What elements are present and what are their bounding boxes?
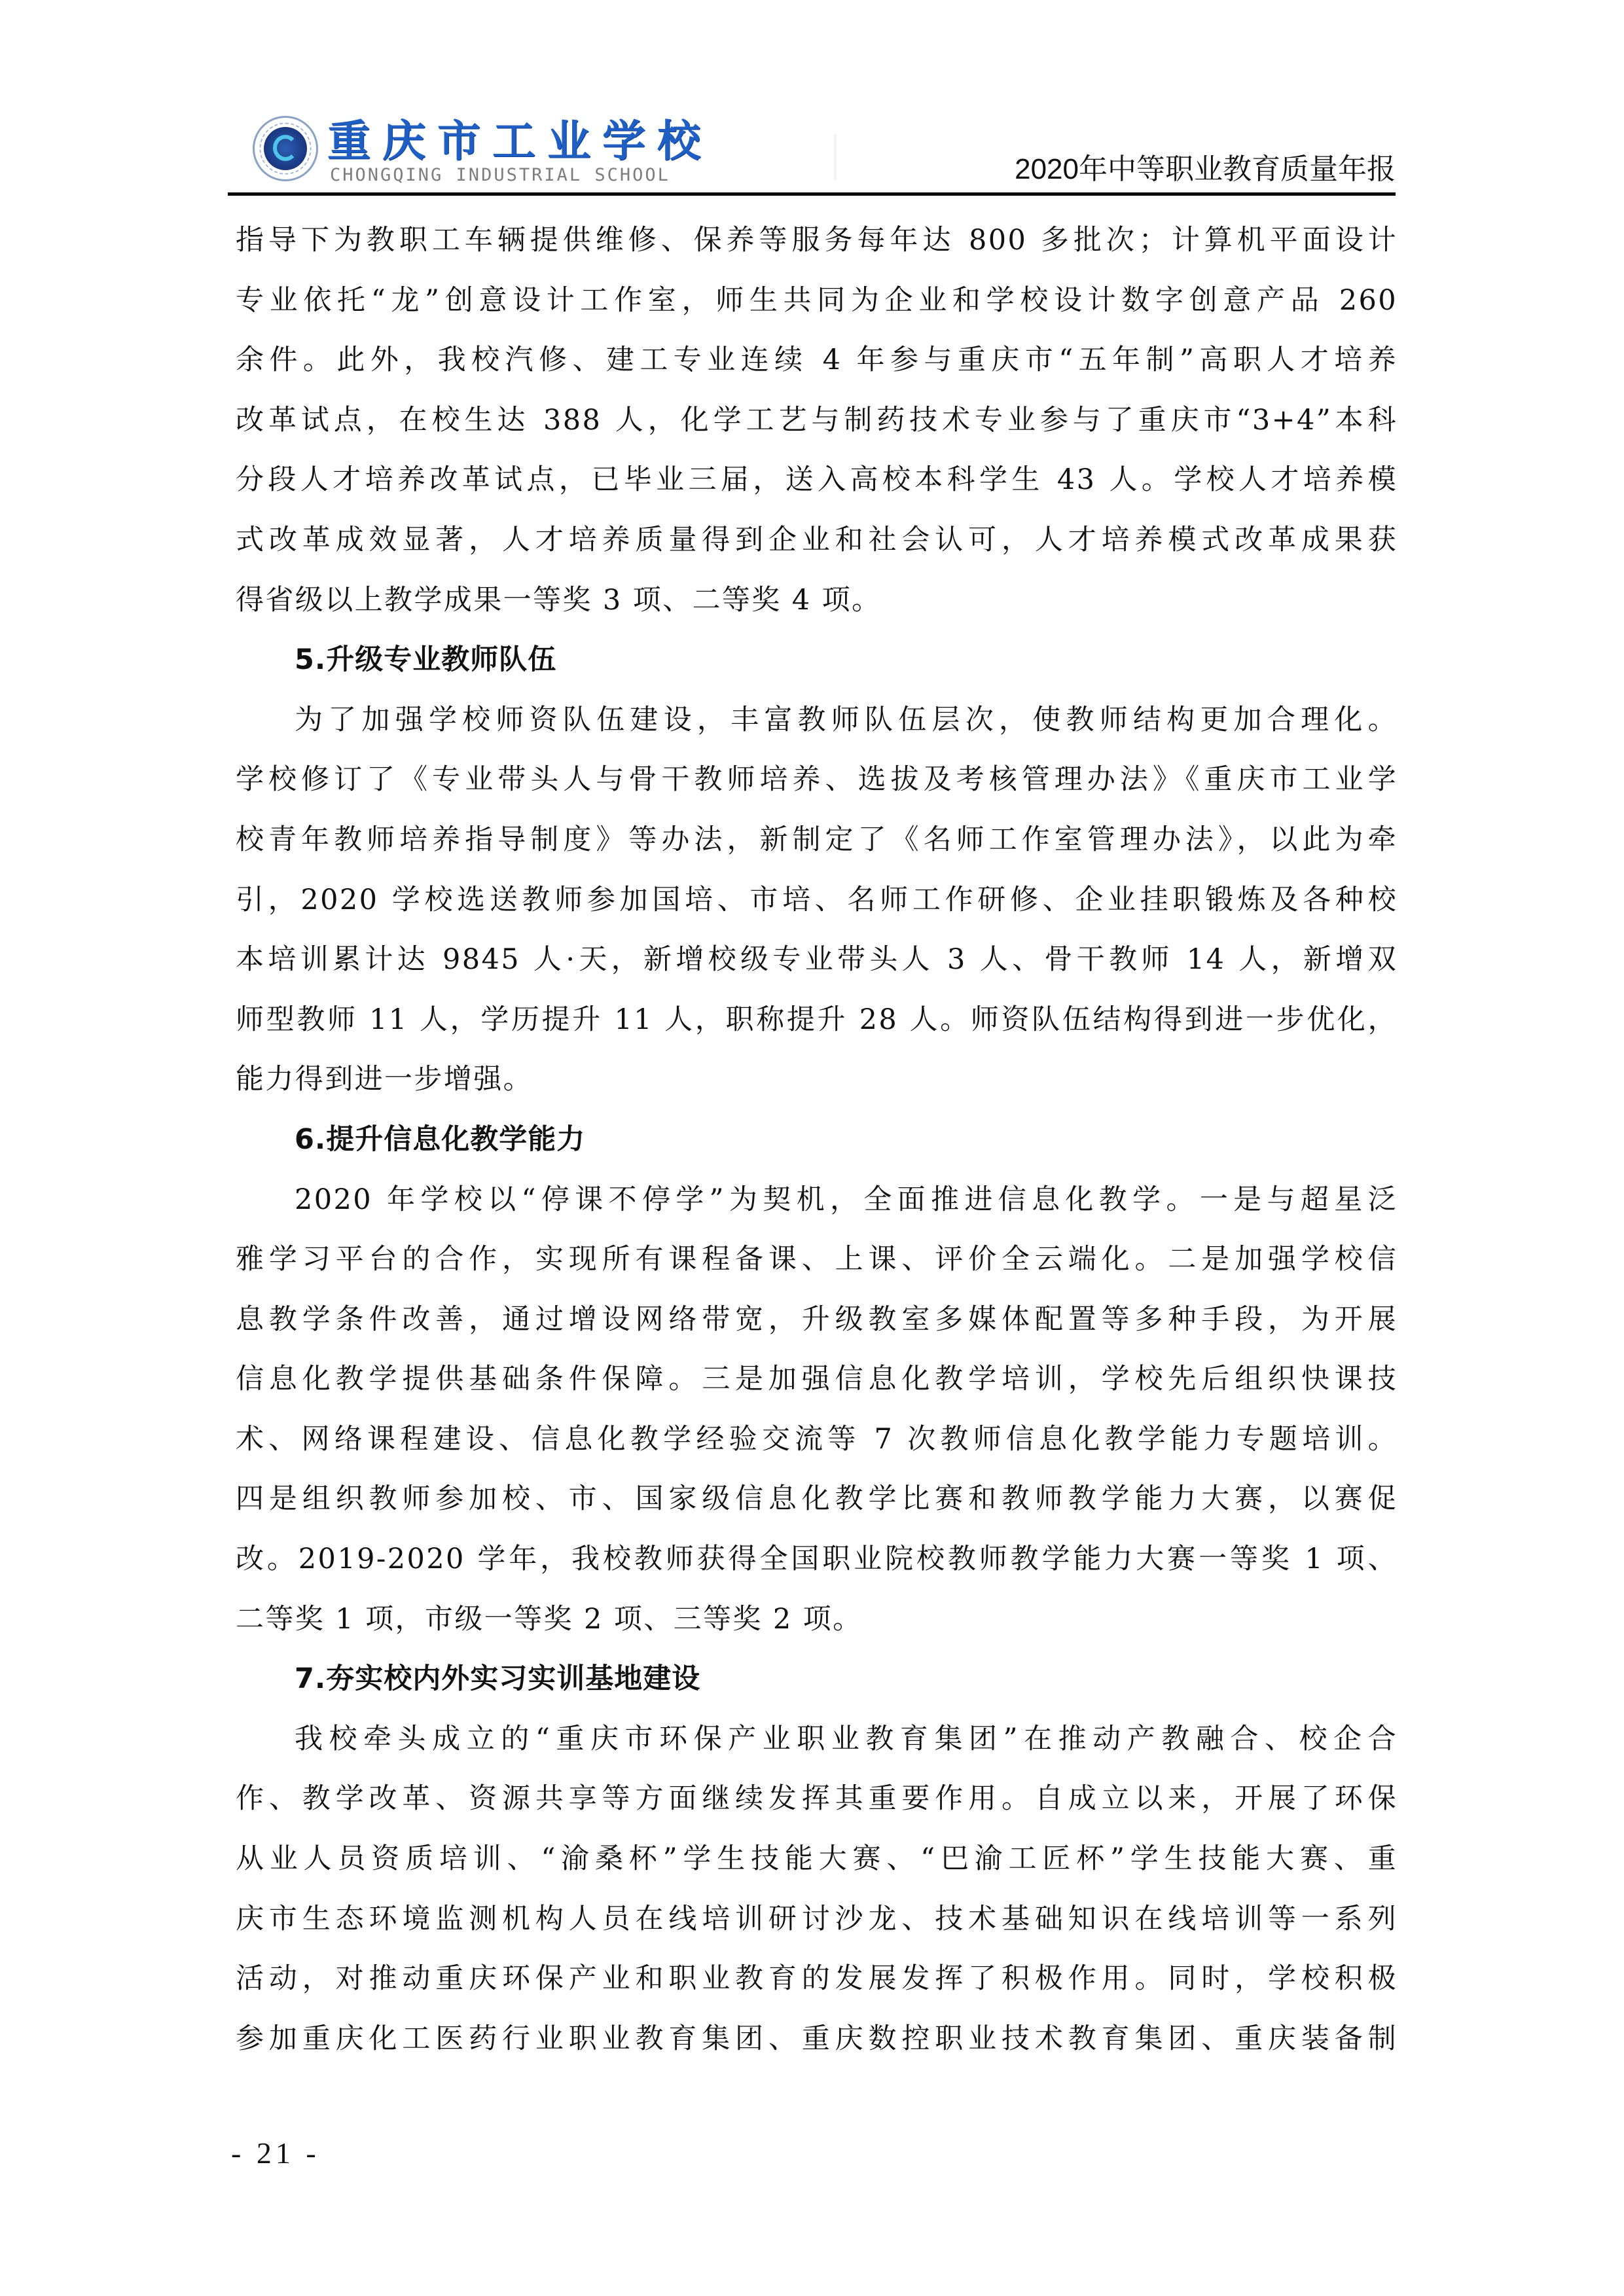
text-line: 作、教学改革、资源共享等方面继续发挥其重要作用。自成立以来，开展了环保 [236, 1769, 1398, 1829]
text-line: 我校牵头成立的“重庆市环保产业职业教育集团”在推动产教融合、校企合 [236, 1710, 1398, 1770]
text-line: 雅学习平台的合作，实现所有课程备课、上课、评价全云端化。二是加强学校信 [236, 1230, 1398, 1290]
document-body: 指导下为教职工车辆提供维修、保养等服务每年达 800 多批次；计算机平面设计 专… [236, 211, 1398, 2069]
text-line: 活动，对推动重庆环保产业和职业教育的发展发挥了积极作用。同时，学校积极 [236, 1949, 1398, 2009]
text-line: 参加重庆化工医药行业职业教育集团、重庆数控职业技术教育集团、重庆装备制 [236, 2009, 1398, 2070]
school-name-cn: 重庆市工业学校 [327, 115, 712, 167]
text-line: 术、网络课程建设、信息化教学经验交流等 7 次教师信息化教学能力专题培训。 [236, 1410, 1398, 1470]
text-line: 为了加强学校师资队伍建设，丰富教师队伍层次，使教师结构更加合理化。 [236, 691, 1398, 751]
school-emblem-icon [253, 116, 318, 181]
school-name-en: CHONGQING INDUSTRIAL SCHOOL [330, 166, 670, 185]
text-line: 校青年教师培养指导制度》等办法，新制定了《名师工作室管理办法》，以此为牵 [236, 810, 1398, 870]
text-line: 四是组织教师参加校、市、国家级信息化教学比赛和教师教学能力大赛，以赛促 [236, 1469, 1398, 1530]
text-line: 改革试点，在校生达 388 人，化学工艺与制药技术专业参与了重庆市“3+4”本科 [236, 391, 1398, 451]
text-line: 专业依托“龙”创意设计工作室，师生共同为企业和学校设计数字创意产品 260 [236, 271, 1398, 331]
text-line: 分段人才培养改革试点，已毕业三届，送入高校本科学生 43 人。学校人才培养模 [236, 450, 1398, 511]
text-line: 从业人员资质培训、“渝桑杯”学生技能大赛、“巴渝工匠杯”学生技能大赛、重 [236, 1829, 1398, 1890]
header-rule [228, 192, 1396, 196]
section-7-paragraph: 我校牵头成立的“重庆市环保产业职业教育集团”在推动产教融合、校企合 作、教学改革… [236, 1710, 1398, 2070]
text-line: 改。2019-2020 学年，我校教师获得全国职业院校教师教学能力大赛一等奖 1… [236, 1530, 1398, 1590]
text-line: 指导下为教职工车辆提供维修、保养等服务每年达 800 多批次；计算机平面设计 [236, 211, 1398, 271]
section-6-paragraph: 2020 年学校以“停课不停学”为契机，全面推进信息化教学。一是与超星泛 雅学习… [236, 1170, 1398, 1650]
intro-paragraph: 指导下为教职工车辆提供维修、保养等服务每年达 800 多批次；计算机平面设计 专… [236, 211, 1398, 630]
text-line: 息教学条件改善，通过增设网络带宽，升级教室多媒体配置等多种手段，为开展 [236, 1290, 1398, 1350]
text-line: 能力得到进一步增强。 [236, 1050, 1398, 1110]
section-heading-7: 7.夯实校内外实习实训基地建设 [236, 1649, 1398, 1710]
text-line: 本培训累计达 9845 人·天，新增校级专业带头人 3 人、骨干教师 14 人，… [236, 930, 1398, 990]
emblem-swoosh-icon [273, 135, 298, 161]
text-line: 信息化教学提供基础条件保障。三是加强信息化教学培训，学校先后组织快课技 [236, 1350, 1398, 1410]
text-line: 二等奖 1 项，市级一等奖 2 项、三等奖 2 项。 [236, 1590, 1398, 1650]
school-logo: 重庆市工业学校 CHONGQING INDUSTRIAL SCHOOL [247, 108, 823, 190]
emblem-core [264, 127, 307, 170]
text-line: 引，2020 学校选送教师参加国培、市培、名师工作研修、企业挂职锻炼及各种校 [236, 870, 1398, 931]
section-heading-5: 5.升级专业教师队伍 [236, 630, 1398, 691]
logo-separator [834, 134, 837, 180]
section-heading-6: 6.提升信息化教学能力 [236, 1110, 1398, 1170]
text-line: 余件。此外，我校汽修、建工专业连续 4 年参与重庆市“五年制”高职人才培养 [236, 331, 1398, 391]
text-line: 庆市生态环境监测机构人员在线培训研讨沙龙、技术基础知识在线培训等一系列 [236, 1890, 1398, 1950]
text-line: 师型教师 11 人，学历提升 11 人，职称提升 28 人。师资队伍结构得到进一… [236, 990, 1398, 1050]
text-line: 得省级以上教学成果一等奖 3 项、二等奖 4 项。 [236, 571, 1398, 631]
text-line: 学校修订了《专业带头人与骨干教师培养、选拔及考核管理办法》《重庆市工业学 [236, 750, 1398, 810]
text-line: 2020 年学校以“停课不停学”为契机，全面推进信息化教学。一是与超星泛 [236, 1170, 1398, 1230]
page-header: 重庆市工业学校 CHONGQING INDUSTRIAL SCHOOL 2020… [228, 98, 1396, 196]
report-title: 2020年中等职业教育质量年报 [1015, 153, 1396, 186]
page-number: - 21 - [231, 2135, 320, 2172]
text-line: 式改革成效显著，人才培养质量得到企业和社会认可，人才培养模式改革成果获 [236, 511, 1398, 571]
section-5-paragraph: 为了加强学校师资队伍建设，丰富教师队伍层次，使教师结构更加合理化。 学校修订了《… [236, 691, 1398, 1110]
